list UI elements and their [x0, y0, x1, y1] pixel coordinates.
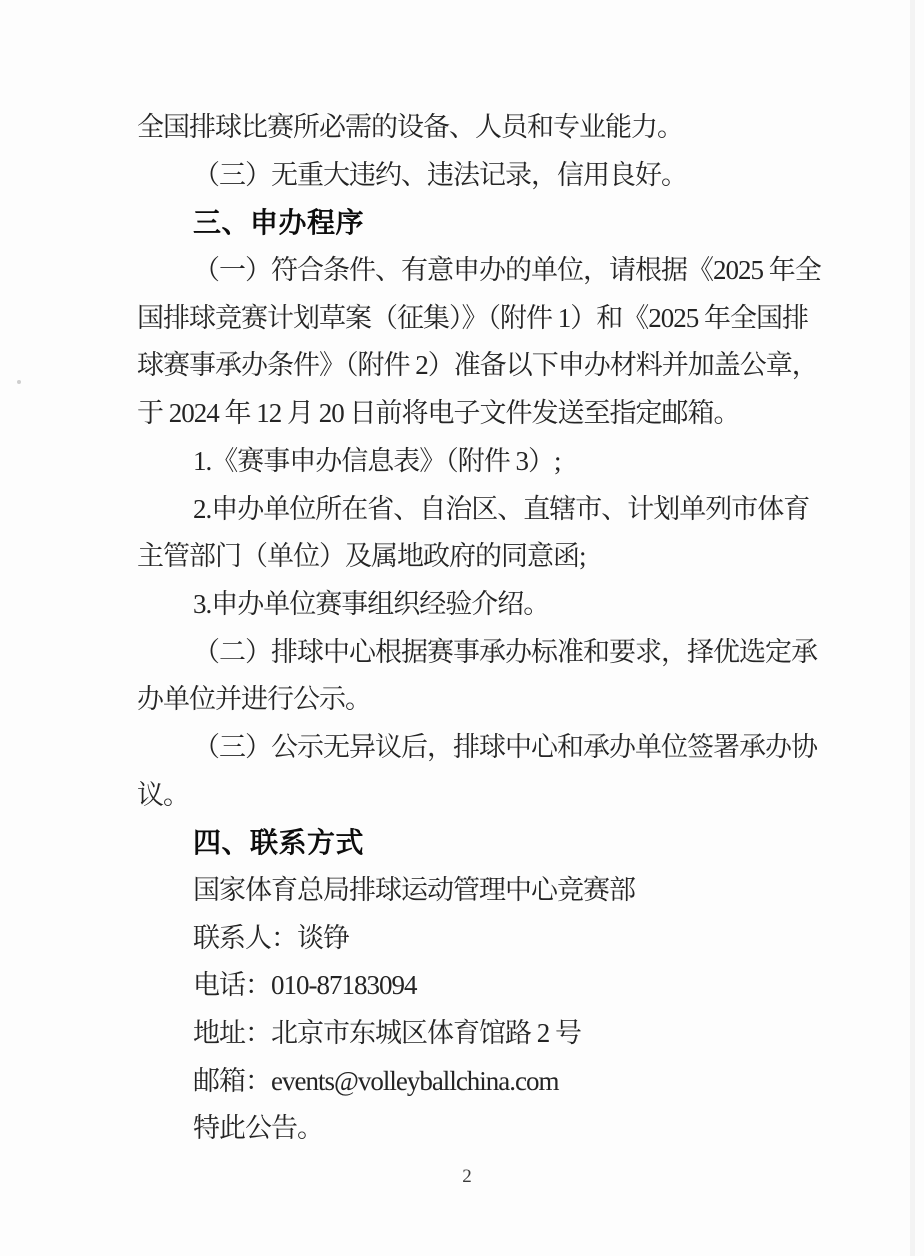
text-line: 于 2024 年 12 月 20 日前将电子文件发送至指定邮箱。	[137, 390, 857, 438]
text-line: 国排球竞赛计划草案（征集）》（附件 1）和《2025 年全国排	[137, 295, 857, 343]
scan-streak-artifact	[910, 0, 915, 1256]
document-page: 全国排球比赛所必需的设备、人员和专业能力。（三）无重大违约、违法记录，信用良好。…	[0, 0, 924, 1256]
text-line: 2.申办单位所在省、自治区、直辖市、计划单列市体育	[137, 486, 857, 534]
section-heading: 三、申办程序	[137, 199, 857, 247]
text-line: 电话：010-87183094	[137, 962, 857, 1010]
text-line: 联系人：谈铮	[137, 915, 857, 963]
text-line: 1.《赛事申办信息表》（附件 3）;	[137, 438, 857, 486]
text-line: 3.申办单位赛事组织经验介绍。	[137, 581, 857, 629]
text-line: 邮箱：events@volleyballchina.com	[137, 1058, 857, 1106]
section-heading: 四、联系方式	[137, 819, 857, 867]
text-line: （三）公示无异议后，排球中心和承办单位签署承办协	[137, 724, 857, 772]
text-line: 地址：北京市东城区体育馆路 2 号	[137, 1010, 857, 1058]
page-number: 2	[0, 1166, 924, 1188]
text-line: 办单位并进行公示。	[137, 676, 857, 724]
text-line: 全国排球比赛所必需的设备、人员和专业能力。	[137, 104, 857, 152]
text-line: 议。	[137, 772, 857, 820]
text-line: （三）无重大违约、违法记录，信用良好。	[137, 152, 857, 200]
text-line: 国家体育总局排球运动管理中心竞赛部	[137, 867, 857, 915]
document-content: 全国排球比赛所必需的设备、人员和专业能力。（三）无重大违约、违法记录，信用良好。…	[137, 104, 857, 1153]
scan-speckle-artifact	[17, 380, 21, 384]
text-line: 球赛事承办条件》（附件 2）准备以下申办材料并加盖公章，	[137, 342, 857, 390]
text-line: （一）符合条件、有意申办的单位，请根据《2025 年全	[137, 247, 857, 295]
text-line: （二）排球中心根据赛事承办标准和要求，择优选定承	[137, 629, 857, 677]
text-line: 特此公告。	[137, 1105, 857, 1153]
text-line: 主管部门（单位）及属地政府的同意函;	[137, 533, 857, 581]
